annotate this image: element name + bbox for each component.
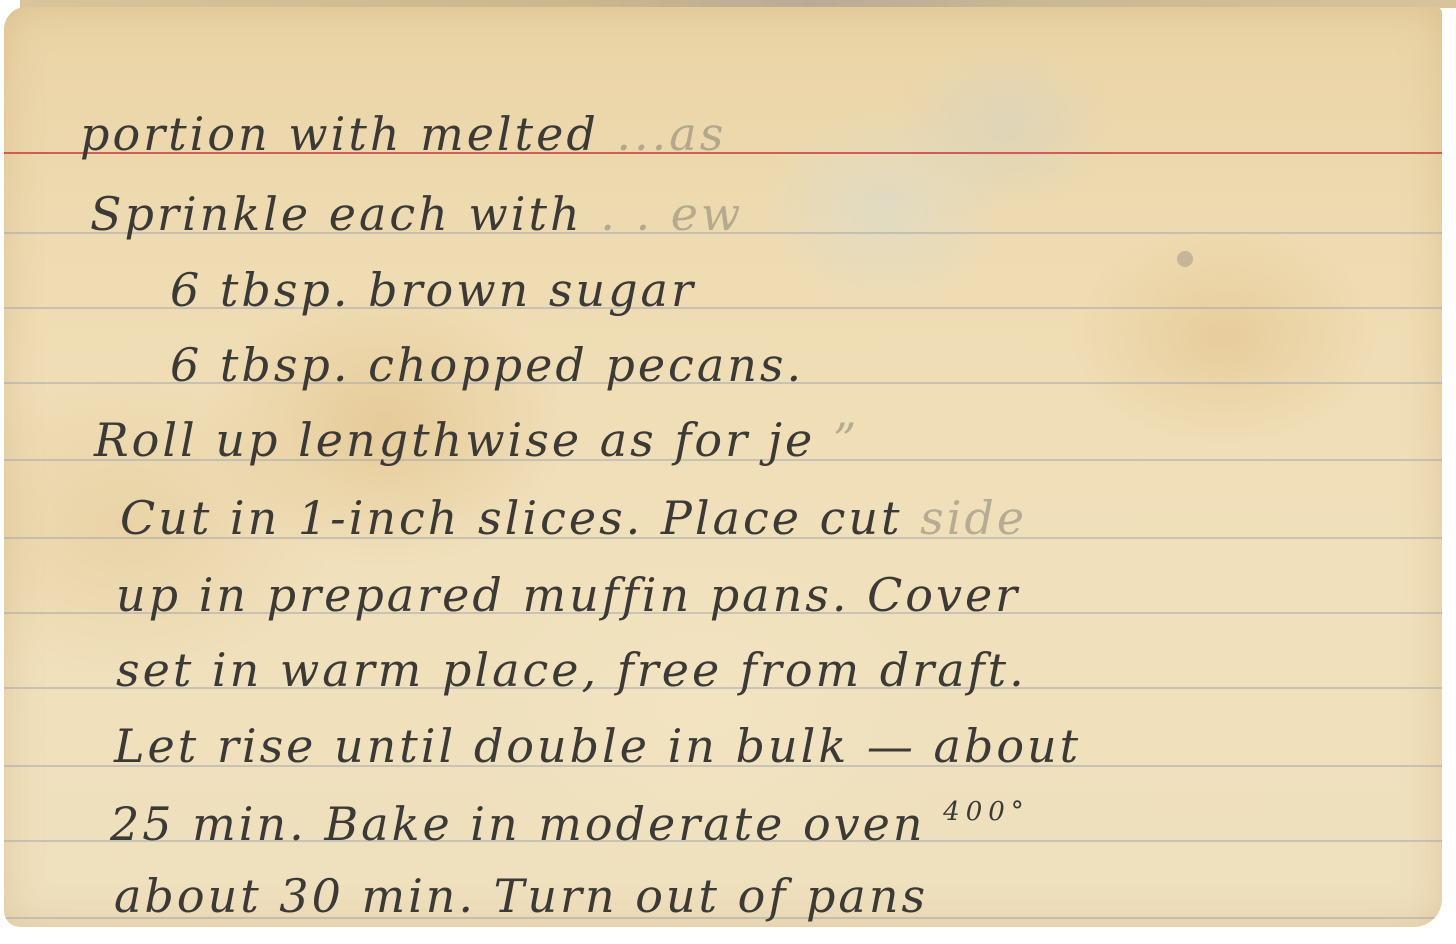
recipe-line-6: Cut in 1-inch slices. Place cut side xyxy=(120,495,1027,541)
faded-text: side xyxy=(902,491,1027,545)
recipe-card: portion with melted ...as Sprinkle each … xyxy=(4,7,1442,927)
recipe-line-5: Roll up lengthwise as for je ” xyxy=(94,417,859,463)
faded-text: . . ew xyxy=(583,187,744,241)
recipe-line-8: set in warm place, free from draft. xyxy=(116,647,1027,693)
oven-temperature: 400° xyxy=(943,797,1030,827)
line-text: Sprinkle each with xyxy=(90,187,583,241)
recipe-line-7: up in prepared muffin pans. Cover xyxy=(116,572,1020,618)
line-text: 6 tbsp. chopped pecans. xyxy=(170,338,804,392)
line-text: 25 min. Bake in moderate oven xyxy=(110,797,926,851)
faded-text: ...as xyxy=(599,107,727,161)
faded-text: ” xyxy=(815,413,859,467)
stain-spot xyxy=(1177,251,1193,267)
line-text: set in warm place, free from draft. xyxy=(116,643,1027,697)
recipe-line-11: about 30 min. Turn out of pans xyxy=(114,873,928,919)
scan-background: portion with melted ...as Sprinkle each … xyxy=(0,0,1456,944)
recipe-line-10: 25 min. Bake in moderate oven 400° xyxy=(110,799,1030,847)
ingredient-brown-sugar: 6 tbsp. brown sugar xyxy=(170,267,696,313)
line-text: Cut in 1-inch slices. Place cut xyxy=(120,491,902,545)
recipe-line-9: Let rise until double in bulk — about xyxy=(114,723,1081,769)
line-text: portion with melted xyxy=(80,107,599,161)
line-text: about 30 min. Turn out of pans xyxy=(114,869,928,923)
ingredient-chopped-pecans: 6 tbsp. chopped pecans. xyxy=(170,342,804,388)
line-text: Let rise until double in bulk — about xyxy=(114,719,1081,773)
line-text: 6 tbsp. brown sugar xyxy=(170,263,696,317)
recipe-line-2: Sprinkle each with . . ew xyxy=(90,191,743,237)
line-text: up in prepared muffin pans. Cover xyxy=(116,568,1020,622)
line-text: Roll up lengthwise as for je xyxy=(94,413,815,467)
recipe-line-1: portion with melted ...as xyxy=(80,111,726,157)
